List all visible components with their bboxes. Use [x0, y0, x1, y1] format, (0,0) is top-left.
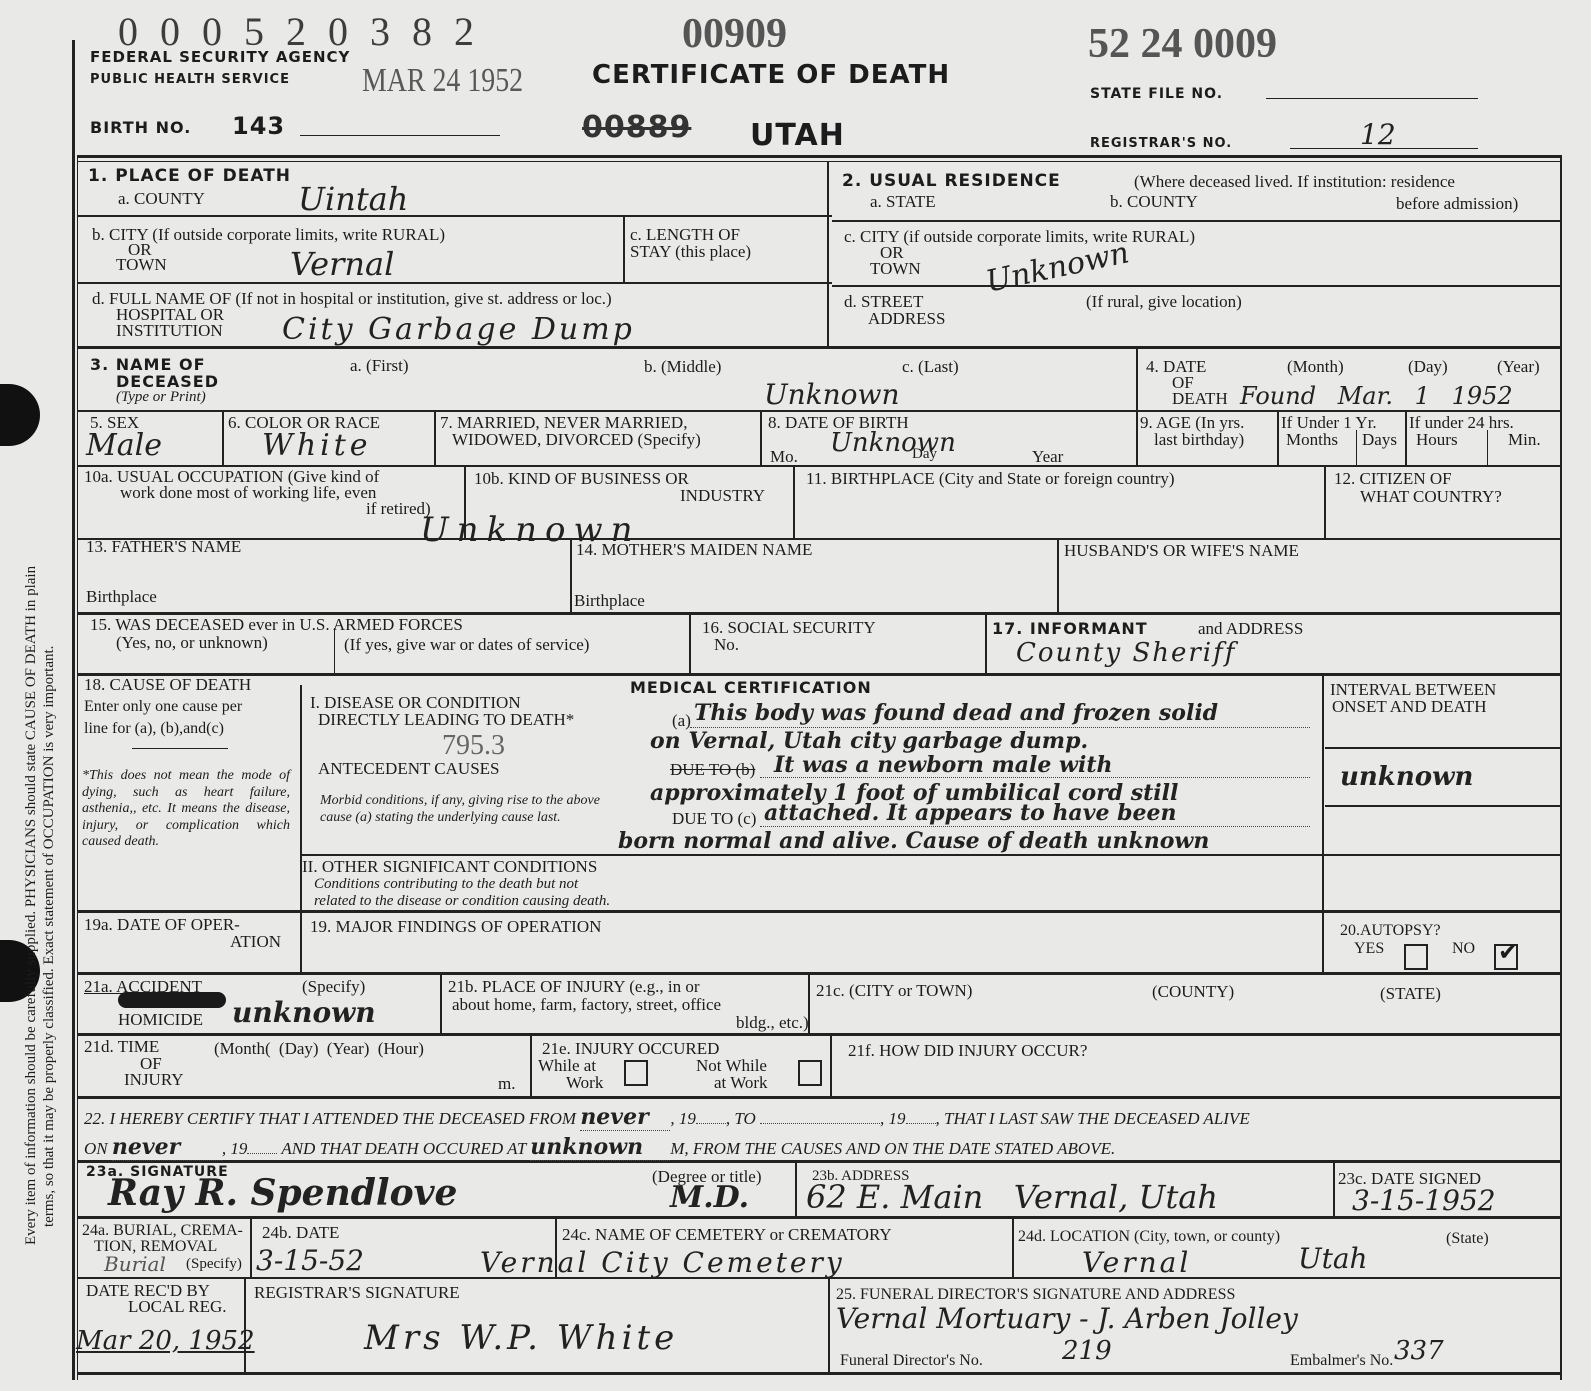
rule — [832, 285, 1562, 287]
months-label: Months — [1286, 431, 1338, 448]
registrars-no-value: 12 — [1360, 118, 1396, 151]
county-label: a. COUNTY — [118, 190, 291, 207]
morbid-note: Morbid conditions, if any, giving rise t… — [320, 792, 620, 826]
street-label-1: d. STREET — [844, 293, 923, 310]
burial-date-label: 24b. DATE — [262, 1224, 339, 1241]
certify-text-2a: ON — [84, 1139, 108, 1158]
divider — [1136, 346, 1138, 465]
homicide-label: HOMICIDE — [118, 1011, 203, 1028]
embalmer-no-label: Embalmer's No. — [1290, 1352, 1393, 1369]
cause-line-a[interactable]: This body was found dead and frozen soli… — [694, 700, 1218, 726]
certificate-title: CERTIFICATE OF DEATH — [592, 60, 950, 90]
dob-mo-label: Mo. — [770, 448, 798, 465]
rule — [77, 673, 1562, 676]
state-name: UTAH — [750, 118, 845, 153]
divider — [1324, 465, 1326, 538]
social-security-label-1: 16. SOCIAL SECURITY — [702, 619, 876, 636]
burial-value[interactable]: Burial — [104, 1252, 166, 1276]
citizen-label-1: 12. CITIZEN OF — [1334, 470, 1452, 487]
cause-instruction-1: Enter only one cause per — [84, 698, 242, 715]
other-conditions-note-2: related to the disease or condition caus… — [314, 893, 610, 910]
cause-heading: 18. CAUSE OF DEATH — [84, 676, 251, 693]
registrars-no-underline — [1290, 148, 1478, 149]
cause-footnote: *This does not mean the mode of dying, s… — [82, 768, 290, 851]
divider — [760, 410, 762, 465]
injury-state-label: (STATE) — [1380, 985, 1441, 1002]
under-24-hrs-label: If under 24 hrs. — [1409, 414, 1514, 431]
funeral-director-value[interactable]: Vernal Mortuary - J. Arben Jolley — [836, 1302, 1298, 1335]
burial-date-value[interactable]: 3-15-52 — [256, 1244, 364, 1277]
length-of-stay-label-1: c. LENGTH OF — [630, 226, 740, 243]
cause-line-a2[interactable]: on Vernal, Utah city garbage dump. — [650, 728, 1088, 754]
cause-line-c2[interactable]: born normal and alive. Cause of death un… — [618, 828, 1209, 854]
operation-findings-label: 19. MAJOR FINDINGS OF OPERATION — [310, 918, 601, 935]
cause-code: 795.3 — [442, 730, 505, 762]
time-of-injury-cols: (Month( (Day) (Year) (Hour) — [214, 1040, 424, 1057]
social-security-label-2: No. — [714, 636, 739, 653]
residence-state-label: a. STATE — [870, 193, 936, 210]
registrars-no-label: REGISTRAR'S NO. — [1090, 136, 1232, 151]
armed-forces-label-2: (Yes, no, or unknown) — [116, 634, 268, 651]
divider — [250, 1216, 252, 1277]
rule — [77, 282, 832, 284]
place-of-injury-label-3: bldg., etc.) — [736, 1014, 809, 1031]
residence-county-label: b. COUNTY — [1110, 193, 1198, 210]
divider — [828, 1277, 830, 1372]
marital-label-1: 7. MARRIED, NEVER MARRIED, — [440, 414, 687, 431]
location-state-label: (State) — [1446, 1230, 1489, 1247]
mother-name-label: 14. MOTHER'S MAIDEN NAME — [576, 541, 812, 558]
rule — [77, 155, 1562, 158]
divider — [795, 1160, 797, 1216]
not-while-at-work-1: Not While — [696, 1057, 767, 1074]
age-label-2: last birthday) — [1154, 431, 1244, 448]
father-birthplace-label: Birthplace — [86, 588, 157, 605]
informant-label-2: and ADDRESS — [1198, 620, 1303, 637]
name-heading-3: (Type or Print) — [116, 389, 206, 406]
due-to-b-label: DUE TO (b) — [670, 761, 755, 778]
funeral-director-no-label: Funeral Director's No. — [840, 1352, 983, 1369]
informant-value[interactable]: County Sheriff — [1016, 638, 1236, 668]
rule — [77, 1372, 1562, 1375]
margin-note-line-1: Every item of information should be care… — [22, 245, 40, 1245]
registrar-signature[interactable]: Mrs W.P. White — [364, 1318, 678, 1358]
certify-text-1c: , TO — [726, 1109, 756, 1128]
birth-no-value: 143 — [232, 112, 285, 140]
day-label: (Day) — [1408, 358, 1448, 375]
funeral-director-label: 25. FUNERAL DIRECTOR'S SIGNATURE AND ADD… — [836, 1286, 1235, 1303]
autopsy-no-checkbox[interactable]: ✔ — [1494, 944, 1518, 970]
certify-line-1: 22. I HEREBY CERTIFY THAT I ATTENDED THE… — [84, 1104, 1250, 1131]
attended-from-value[interactable]: never — [580, 1104, 670, 1131]
place-of-death-section: 1. PLACE OF DEATH a. COUNTY — [88, 166, 291, 207]
divider — [793, 465, 795, 538]
line-c-dots — [760, 826, 1310, 827]
certify-line-2: ON never, 19 AND THAT DEATH OCCURED AT u… — [84, 1134, 1115, 1161]
location-label: 24d. LOCATION (City, town, or county) — [1018, 1228, 1280, 1245]
antecedent-label: ANTECEDENT CAUSES — [318, 760, 500, 777]
date-of-death-label-3: DEATH — [1172, 390, 1228, 407]
divider — [1277, 410, 1279, 465]
disease-label-2: DIRECTLY LEADING TO DEATH* — [318, 711, 574, 728]
autopsy-yes-checkbox[interactable] — [1404, 944, 1428, 970]
not-while-at-work-2: at Work — [714, 1074, 768, 1091]
race-value[interactable]: White — [262, 428, 372, 463]
min-label: Min. — [1508, 431, 1541, 448]
divider — [244, 1277, 246, 1372]
under-1-yr-label: If Under 1 Yr. — [1281, 414, 1377, 431]
received-date-stamp: MAR 24 1952 — [362, 62, 523, 100]
rule — [77, 1216, 1562, 1219]
place-city-value[interactable]: Vernal — [290, 245, 394, 283]
service-name: PUBLIC HEALTH SERVICE — [90, 72, 290, 87]
rule — [832, 220, 1562, 222]
divider — [222, 410, 224, 465]
funeral-director-no-value[interactable]: 219 — [1062, 1336, 1112, 1366]
injury-county-label: (COUNTY) — [1152, 983, 1234, 1000]
form-left-border-inner — [77, 155, 78, 1380]
date-of-death-value[interactable]: Found Mar. 1 1952 — [1240, 382, 1513, 410]
physician-address[interactable]: 62 E. Main Vernal, Utah — [806, 1178, 1218, 1216]
rule — [1325, 805, 1560, 807]
other-conditions-note-1: Conditions contributing to the death but… — [314, 876, 578, 893]
rule — [77, 1096, 1562, 1099]
rule — [1325, 747, 1560, 749]
length-of-stay-label-2: STAY (this place) — [630, 243, 751, 260]
state-file-no-label: STATE FILE NO. — [1090, 86, 1223, 102]
operation-date-label-2: ATION — [230, 933, 281, 950]
interval-label-2: ONSET AND DEATH — [1332, 698, 1487, 715]
due-to-c-label: DUE TO (c) — [672, 810, 756, 827]
hours-label: Hours — [1416, 431, 1458, 448]
rule — [77, 1033, 1562, 1036]
date-signed-value[interactable]: 3-15-1952 — [1352, 1184, 1496, 1217]
medical-certification-heading: MEDICAL CERTIFICATION — [630, 678, 872, 697]
sex-value[interactable]: Male — [86, 428, 162, 463]
occupation-label-2: work done most of working life, even — [120, 484, 376, 501]
operation-date-label-1: 19a. DATE OF OPER- — [84, 916, 240, 933]
days-label: Days — [1362, 431, 1397, 448]
divider — [1057, 538, 1059, 612]
location-value[interactable]: Vernal — [1082, 1246, 1191, 1279]
file-number-stamp: 52 24 0009 — [1088, 20, 1277, 68]
footnote-rule — [132, 748, 228, 749]
usual-residence-heading: 2. USUAL RESIDENCE — [842, 171, 1061, 191]
certify-text-2d: M, FROM THE CAUSES AND ON THE DATE STATE… — [670, 1139, 1115, 1158]
while-at-work-checkbox[interactable] — [624, 1060, 648, 1086]
cause-line-c[interactable]: attached. It appears to have been — [764, 800, 1177, 826]
line-a-label: (a) — [672, 712, 691, 729]
armed-forces-label-1: 15. WAS DECEASED ever in U.S. ARMED FORC… — [90, 616, 463, 633]
street-label-2: ADDRESS — [868, 310, 945, 327]
place-of-injury-label-2: about home, farm, factory, street, offic… — [452, 996, 721, 1013]
street-note: (If rural, give location) — [1086, 293, 1242, 310]
divider — [689, 612, 691, 673]
rule — [77, 161, 1562, 162]
date-received-value[interactable]: Mar 20, 1952 — [76, 1326, 255, 1356]
rule — [77, 538, 1562, 540]
embalmer-no-value[interactable]: 337 — [1394, 1336, 1444, 1366]
father-name-label: 13. FATHER'S NAME — [86, 538, 241, 555]
last-name-value[interactable]: Unknown — [764, 378, 900, 411]
business-label-1: 10b. KIND OF BUSINESS OR — [474, 470, 689, 487]
divider — [440, 972, 442, 1033]
registrar-signature-label: REGISTRAR'S SIGNATURE — [254, 1284, 460, 1301]
certify-text-1d: , 19 — [880, 1109, 906, 1128]
cause-line-b[interactable]: It was a newborn male with — [774, 752, 1113, 778]
usual-residence-note: (Where deceased lived. If institution: r… — [1134, 173, 1455, 190]
from-year-field[interactable] — [696, 1123, 726, 1124]
divider — [334, 628, 335, 673]
time-of-injury-m: m. — [498, 1075, 515, 1092]
middle-name-label: b. (Middle) — [644, 358, 721, 375]
age-label-1: 9. AGE (In yrs. — [1140, 414, 1244, 431]
divider — [623, 215, 625, 282]
margin-note-line-2: terms, so that it may be properly classi… — [40, 245, 58, 1245]
city-town: TOWN — [116, 256, 167, 273]
year-label: (Year) — [1497, 358, 1540, 375]
county-value[interactable]: Uintah — [298, 180, 408, 218]
divider — [1356, 430, 1357, 465]
time-of-injury-label-3: INJURY — [124, 1071, 184, 1088]
divider — [530, 1033, 532, 1096]
divider — [300, 685, 302, 972]
divider — [1012, 1216, 1014, 1277]
interval-label-1: INTERVAL BETWEEN — [1330, 681, 1496, 698]
not-while-at-work-checkbox[interactable] — [798, 1060, 822, 1086]
cemetery-label: 24c. NAME OF CEMETERY or CREMATORY — [562, 1226, 892, 1243]
last-name-label: c. (Last) — [902, 358, 959, 375]
hospital-value[interactable]: City Garbage Dump — [282, 312, 635, 347]
death-occurred-at-value[interactable]: unknown — [530, 1134, 670, 1161]
divider — [1487, 430, 1488, 465]
location-state-value[interactable]: Utah — [1298, 1242, 1368, 1275]
burial-specify-label: (Specify) — [186, 1256, 242, 1273]
dob-year-label: Year — [1032, 448, 1063, 465]
serial-stamp-2: 00909 — [682, 10, 787, 58]
divider — [1333, 1160, 1335, 1216]
citizen-label-2: WHAT COUNTRY? — [1360, 488, 1502, 505]
informant-label: 17. INFORMANT — [992, 619, 1148, 638]
to-year-field[interactable] — [906, 1123, 936, 1124]
marital-label-2: WIDOWED, DIVORCED (Specify) — [452, 431, 701, 448]
how-injury-occurred-label: 21f. HOW DID INJURY OCCUR? — [848, 1042, 1087, 1059]
place-of-injury-label-1: 21b. PLACE OF INJURY (e.g., in or — [448, 978, 700, 995]
divider — [1405, 410, 1407, 465]
hospital-label-3: INSTITUTION — [116, 322, 223, 339]
on-year-field[interactable] — [247, 1153, 277, 1154]
cause-instruction-2: line for (a), (b),and(c) — [84, 720, 224, 737]
accident-specify-label: (Specify) — [302, 978, 365, 995]
form-right-border — [1560, 155, 1562, 1380]
divider — [985, 612, 987, 673]
birth-no-label: BIRTH NO. — [90, 118, 191, 137]
business-label-2: INDUSTRY — [680, 487, 765, 504]
certify-text-1a: 22. I HEREBY CERTIFY THAT I ATTENDED THE… — [84, 1109, 576, 1128]
other-conditions-label: II. OTHER SIGNIFICANT CONDITIONS — [302, 858, 597, 875]
rule — [77, 972, 1562, 975]
birthplace-label: 11. BIRTHPLACE (City and State or foreig… — [806, 470, 1175, 487]
divider — [434, 410, 436, 465]
redaction-mark — [118, 992, 226, 1008]
agency-name: FEDERAL SECURITY AGENCY — [90, 48, 350, 66]
while-at-work-1: While at — [538, 1057, 596, 1074]
mother-birthplace-label: Birthplace — [574, 592, 645, 609]
rule — [300, 854, 1562, 856]
injury-city-label: 21c. (CITY or TOWN) — [816, 982, 972, 999]
struck-number: 00889 — [582, 110, 691, 145]
degree-value[interactable]: M.D. — [670, 1180, 749, 1215]
certify-text-1e: , THAT I LAST SAW THE DECEASED ALIVE — [936, 1109, 1250, 1128]
burial-label-1: 24a. BURIAL, CREMA- — [82, 1222, 243, 1239]
margin-note: Every item of information should be care… — [22, 245, 58, 1245]
attended-to-value[interactable] — [760, 1123, 880, 1124]
divider — [830, 1033, 832, 1096]
cemetery-value[interactable]: Vernal City Cemetery — [480, 1246, 845, 1279]
autopsy-no-label: NO — [1452, 940, 1475, 957]
form-left-border — [72, 40, 75, 1380]
rule — [77, 215, 832, 217]
birth-no-underline — [300, 135, 500, 136]
dob-value[interactable]: Unknown — [830, 428, 956, 458]
last-saw-on-value[interactable]: never — [112, 1134, 222, 1161]
divider — [827, 161, 829, 346]
place-of-death-heading: 1. PLACE OF DEATH — [88, 166, 291, 186]
residence-city-town: TOWN — [870, 260, 921, 277]
disease-label-1: I. DISEASE OR CONDITION — [310, 694, 521, 711]
interval-value[interactable]: unknown — [1340, 762, 1473, 792]
accident-value[interactable]: unknown — [232, 996, 376, 1029]
checkmark-icon: ✔ — [1498, 938, 1518, 967]
time-of-injury-label-1: 21d. TIME — [84, 1038, 159, 1055]
autopsy-yes-label: YES — [1354, 940, 1384, 957]
first-name-label: a. (First) — [350, 357, 409, 374]
month-label: (Month) — [1287, 358, 1344, 375]
spouse-name-label: HUSBAND'S OR WIFE'S NAME — [1064, 542, 1299, 559]
armed-forces-label-3: (If yes, give war or dates of service) — [344, 636, 589, 653]
date-received-label-2: LOCAL REG. — [128, 1298, 227, 1315]
divider — [1322, 673, 1324, 972]
physician-signature[interactable]: Ray R. Spendlove — [108, 1172, 457, 1214]
while-at-work-2: Work — [566, 1074, 603, 1091]
injury-occurred-label: 21e. INJURY OCCURED — [542, 1040, 719, 1057]
certify-text-2b: , 19 — [222, 1139, 248, 1158]
usual-residence-note-2: before admission) — [1396, 195, 1518, 212]
certify-text-2c: AND THAT DEATH OCCURED AT — [281, 1139, 526, 1158]
certify-text-1b: , 19 — [670, 1109, 696, 1128]
state-file-no-underline — [1266, 98, 1478, 99]
autopsy-label: 20.AUTOPSY? — [1340, 922, 1441, 939]
